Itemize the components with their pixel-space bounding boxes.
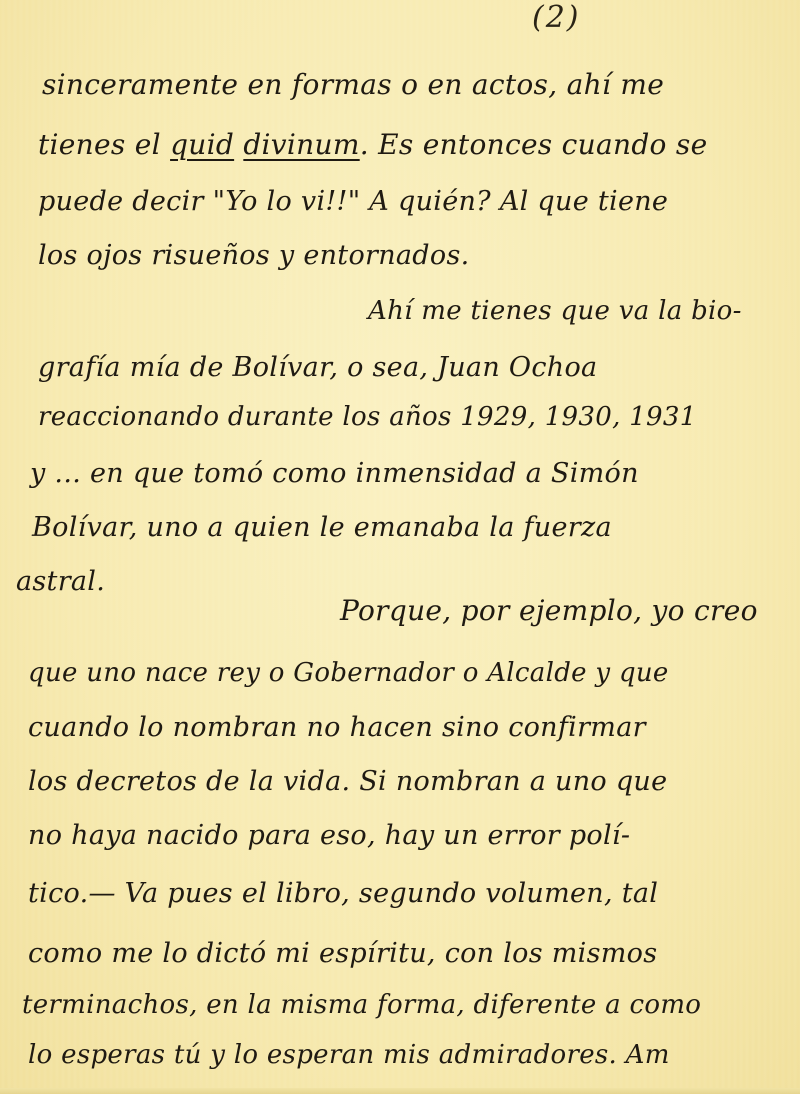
underlined-divinum: divinum xyxy=(243,128,359,161)
paper-bottom-edge xyxy=(0,1088,800,1094)
underlined-quid: quid xyxy=(170,128,234,161)
text-line-9: Bolívar, uno a quien le emanaba la fuerz… xyxy=(32,512,612,543)
text-line-2-before: tienes el xyxy=(38,128,170,161)
text-line-11: Porque, por ejemplo, yo creo xyxy=(340,594,758,627)
page-number: (2) xyxy=(532,0,581,35)
handwritten-letter-page: (2) sinceramente en formas o en actos, a… xyxy=(0,0,800,1094)
text-line-16: tico.— Va pues el libro, segundo volumen… xyxy=(28,878,658,909)
text-line-2-after: . Es entonces cuando se xyxy=(360,128,708,161)
text-line-12: que uno nace rey o Gobernador o Alcalde … xyxy=(28,658,669,688)
text-line-19: lo esperas tú y lo esperan mis admirador… xyxy=(28,1040,670,1070)
text-line-3: puede decir "Yo lo vi!!" A quién? Al que… xyxy=(38,186,668,217)
text-line-6: grafía mía de Bolívar, o sea, Juan Ochoa xyxy=(38,352,597,383)
text-line-1: sinceramente en formas o en actos, ahí m… xyxy=(42,68,664,101)
text-line-2-space xyxy=(234,128,243,161)
text-line-18: terminachos, en la misma forma, diferent… xyxy=(22,990,701,1020)
text-line-15: no haya nacido para eso, hay un error po… xyxy=(28,820,630,851)
text-line-2: tienes el quid divinum. Es entonces cuan… xyxy=(38,128,707,161)
text-line-10: astral. xyxy=(16,566,105,597)
text-line-13: cuando lo nombran no hacen sino confirma… xyxy=(28,712,646,743)
text-line-17: como me lo dictó mi espíritu, con los mi… xyxy=(28,938,657,969)
text-line-5: Ahí me tienes que va la bio- xyxy=(368,296,742,326)
text-line-7: reaccionando durante los años 1929, 1930… xyxy=(38,402,697,432)
text-line-8: y ... en que tomó como inmensidad a Simó… xyxy=(30,458,639,489)
text-line-4: los ojos risueños y entornados. xyxy=(38,240,469,271)
text-line-14: los decretos de la vida. Si nombran a un… xyxy=(28,766,667,797)
